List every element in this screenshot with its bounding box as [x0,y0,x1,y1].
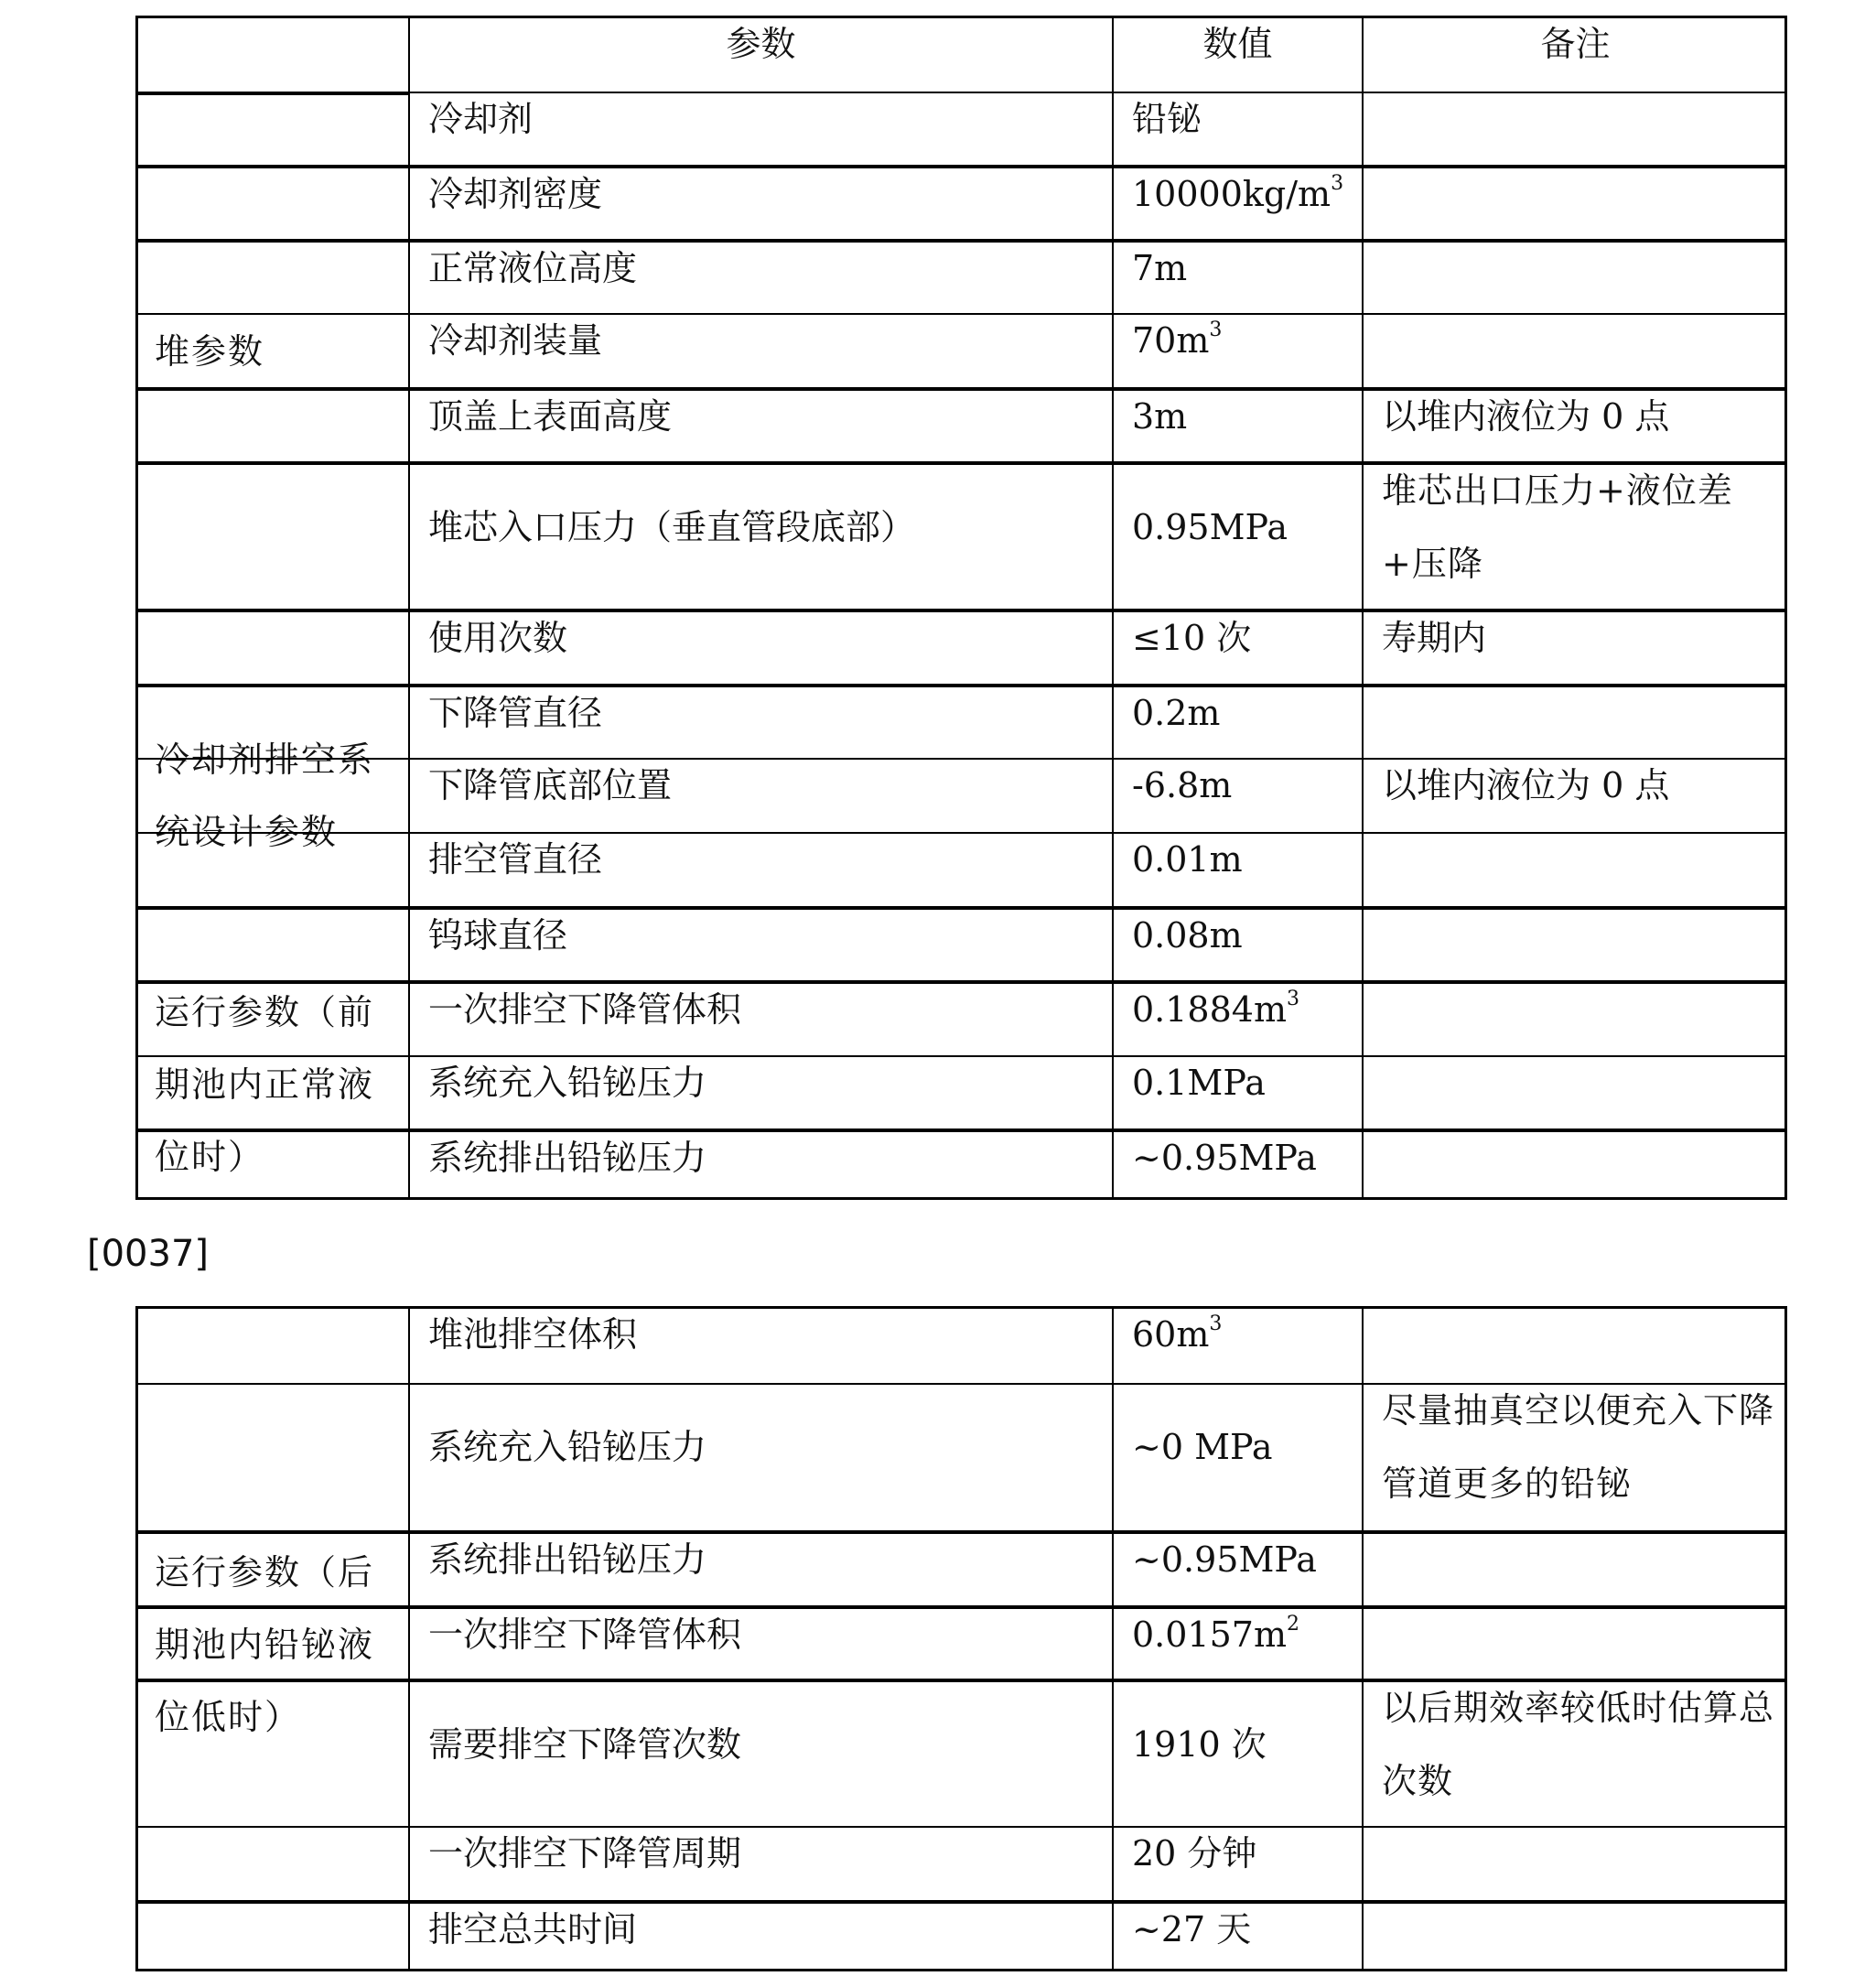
value-cell: ~27 天 [1112,1904,1362,1969]
param-cell: 一次排空下降管体积 [408,984,1112,1055]
param-cell: 排空管直径 [408,834,1112,906]
value-text: 70m [1132,320,1209,361]
value-text: 0.95MPa [1132,507,1288,547]
note-cell: 寿期内 [1362,612,1787,684]
value-cell: ≤10 次 [1112,612,1362,684]
table-row: 下降管底部位置 -6.8m 以堆内液位为 0 点 [138,758,1784,832]
note-cell: 以堆内液位为 0 点 [1362,760,1787,832]
param-cell: 下降管直径 [408,687,1112,758]
value-text: 0.08m [1132,915,1243,956]
table-row: 排空管直径 0.01m [138,832,1784,906]
note-cell [1362,984,1787,1055]
table-row: 需要排空下降管次数 1910 次 以后期效率较低时估算总次数 [138,1679,1784,1826]
value-cell: 0.2m [1112,687,1362,758]
value-text: ~0.95MPa [1132,1539,1317,1580]
table-row: 系统充入铅铋压力 0.1MPa [138,1055,1784,1128]
note-cell [1362,1132,1787,1200]
note-cell [1362,687,1787,758]
value-text: 0.2m [1132,693,1220,733]
table-row: 堆池排空体积 60m3 [138,1309,1784,1383]
value-text: ~0 MPa [1132,1427,1273,1467]
parameter-table-2: 运行参数（后期池内铅铋液位低时） 堆池排空体积 60m3 系统充入铅铋压力 ~0… [135,1306,1787,1971]
table-row: 使用次数 ≤10 次 寿期内 [138,609,1784,684]
value-cell: 铅铋 [1112,93,1362,165]
value-cell: ~0.95MPa [1112,1132,1362,1200]
value-cell: 0.0157m2 [1112,1609,1362,1679]
param-cell: 下降管底部位置 [408,760,1112,832]
note-cell: 堆芯出口压力+液位差+压降 [1362,454,1787,609]
value-text: ~27 天 [1132,1909,1251,1949]
table-row: 堆芯入口压力（垂直管段底部） 0.95MPa 堆芯出口压力+液位差+压降 [138,461,1784,609]
note-cell [1362,834,1787,906]
value-text: 20 分钟 [1132,1833,1256,1874]
value-text: ~0.95MPa [1132,1138,1317,1178]
table-row: 一次排空下降管周期 20 分钟 [138,1826,1784,1900]
value-text: ≤10 次 [1132,618,1251,658]
param-cell: 钨球直径 [408,910,1112,980]
param-cell: 冷却剂 [408,93,1112,165]
value-cell: 0.1884m3 [1112,984,1362,1055]
value-text: 10000kg/m [1132,174,1331,214]
param-cell: 堆池排空体积 [408,1309,1112,1383]
table-row: 正常液位高度 7m [138,239,1784,313]
header-param: 参数 [408,18,1112,92]
note-cell [1362,1828,1787,1900]
value-text: 3m [1132,396,1187,437]
superscript: 3 [1331,172,1343,195]
value-text: 1910 次 [1132,1724,1267,1765]
note-cell [1362,168,1787,239]
value-text: 60m [1132,1314,1209,1355]
table-row: 系统排出铅铋压力 ~0.95MPa [138,1530,1784,1605]
param-cell: 冷却剂装量 [408,315,1112,387]
table-row: 排空总共时间 ~27 天 [138,1900,1784,1969]
header-value: 数值 [1112,18,1362,92]
superscript: 3 [1209,1312,1222,1335]
value-cell: 60m3 [1112,1309,1362,1383]
table-row: 冷却剂装量 70m3 [138,313,1784,387]
superscript: 3 [1209,319,1222,341]
note-cell [1362,1057,1787,1128]
note-cell [1362,1904,1787,1969]
value-cell: 10000kg/m3 [1112,168,1362,239]
param-cell: 系统排出铅铋压力 [408,1132,1112,1200]
table-row: 冷却剂密度 10000kg/m3 [138,165,1784,239]
param-cell: 系统排出铅铋压力 [408,1534,1112,1605]
value-text: 铅铋 [1132,99,1202,139]
value-cell: -6.8m [1112,760,1362,832]
parameter-table-1: 参数 数值 备注 堆参数 冷却剂排空系统设计参数 运行参数（前期池内正常液位时）… [135,16,1787,1200]
note-cell: 以堆内液位为 0 点 [1362,391,1787,461]
value-cell: 0.1MPa [1112,1057,1362,1128]
table-row: 钨球直径 0.08m [138,906,1784,980]
header-note: 备注 [1362,18,1787,92]
table-row: 系统充入铅铋压力 ~0 MPa 尽量抽真空以便充入下降管道更多的铅铋 [138,1383,1784,1530]
paragraph-number: [0037] [87,1228,209,1280]
note-cell [1362,1534,1787,1605]
table-row: 下降管直径 0.2m [138,684,1784,758]
note-cell [1362,243,1787,313]
value-cell: 3m [1112,391,1362,461]
table-row: 一次排空下降管体积 0.1884m3 [138,980,1784,1055]
value-cell: ~0 MPa [1112,1374,1362,1530]
value-text: 0.1MPa [1132,1063,1266,1103]
table-row: 一次排空下降管体积 0.0157m2 [138,1605,1784,1679]
note-cell: 以后期效率较低时估算总次数 [1362,1671,1787,1826]
param-cell: 顶盖上表面高度 [408,391,1112,461]
value-cell: 7m [1112,243,1362,313]
note-cell: 尽量抽真空以便充入下降管道更多的铅铋 [1362,1374,1787,1530]
value-text: 0.0157m [1132,1614,1287,1655]
value-cell: 0.08m [1112,910,1362,980]
value-text: 0.01m [1132,839,1243,880]
value-text: 7m [1132,248,1187,288]
table-row: 系统排出铅铋压力 ~0.95MPa [138,1128,1784,1200]
value-text: -6.8m [1132,765,1232,805]
value-cell: 0.01m [1112,834,1362,906]
param-cell: 排空总共时间 [408,1904,1112,1969]
param-cell: 堆芯入口压力（垂直管段底部） [408,454,1112,609]
table-row: 冷却剂 铅铋 [138,92,1784,165]
superscript: 3 [1287,988,1299,1010]
param-cell: 正常液位高度 [408,243,1112,313]
note-cell [1362,1309,1787,1383]
note-cell [1362,93,1787,165]
param-cell: 需要排空下降管次数 [408,1671,1112,1826]
value-cell: 1910 次 [1112,1671,1362,1826]
value-cell: 20 分钟 [1112,1828,1362,1900]
param-cell: 系统充入铅铋压力 [408,1057,1112,1128]
table-row: 顶盖上表面高度 3m 以堆内液位为 0 点 [138,387,1784,461]
superscript: 2 [1287,1613,1299,1636]
param-cell: 冷却剂密度 [408,168,1112,239]
param-cell: 一次排空下降管周期 [408,1828,1112,1900]
value-cell: 70m3 [1112,315,1362,387]
value-text: 0.1884m [1132,989,1287,1030]
value-cell: ~0.95MPa [1112,1534,1362,1605]
note-cell [1362,1609,1787,1679]
note-cell [1362,315,1787,387]
param-cell: 一次排空下降管体积 [408,1609,1112,1679]
value-cell: 0.95MPa [1112,454,1362,609]
param-cell: 系统充入铅铋压力 [408,1374,1112,1530]
note-cell [1362,910,1787,980]
table-header-row: 参数 数值 备注 [138,18,1784,92]
param-cell: 使用次数 [408,612,1112,684]
